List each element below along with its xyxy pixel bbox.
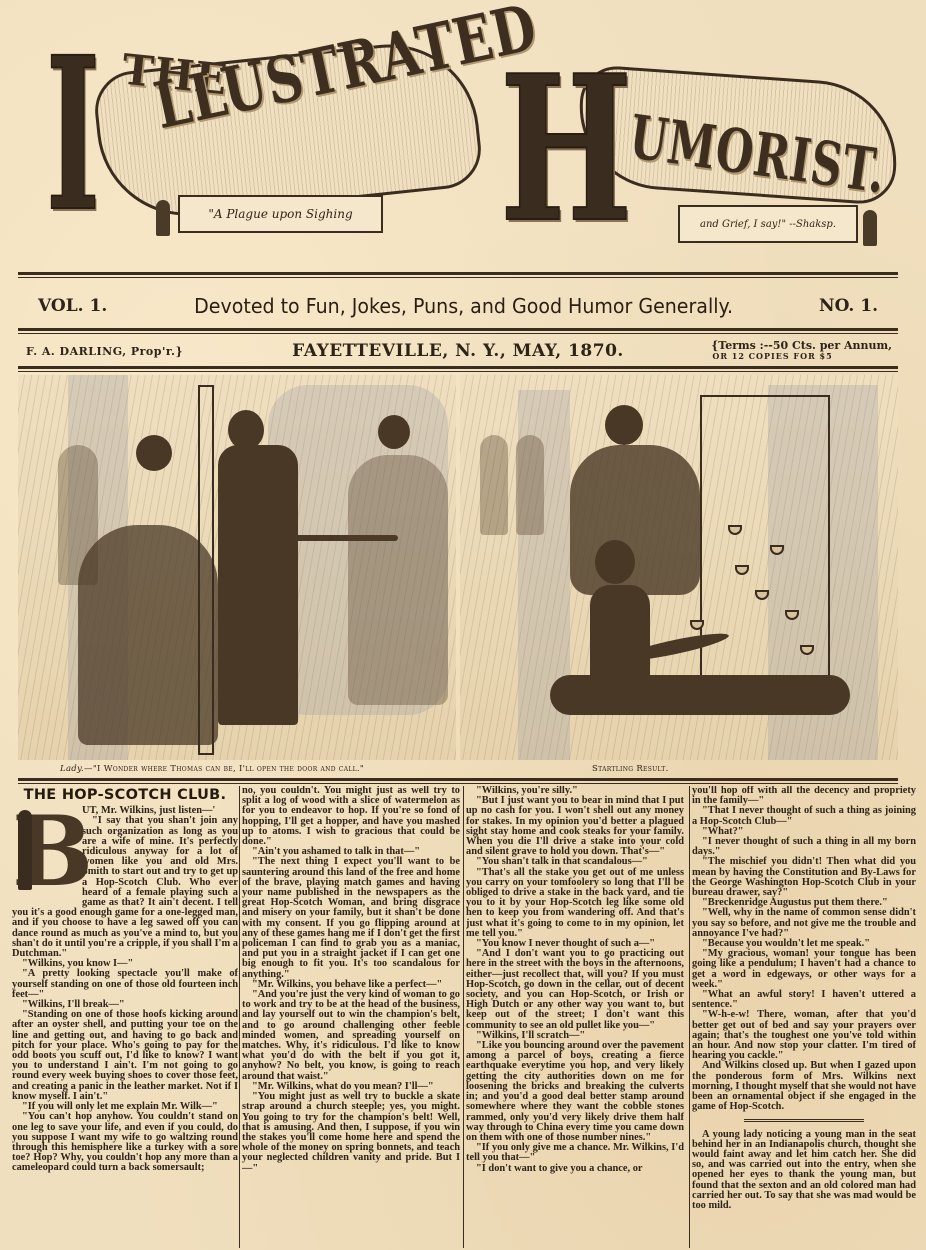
paragraph: "If you only give me a chance. Mr. Wilki… xyxy=(466,1143,684,1163)
drop-cap-letter: B xyxy=(12,806,78,898)
paragraph: "You might just as well try to buckle a … xyxy=(242,1092,460,1174)
caption-left: Lady.—"I Wonder where Thomas can be, I'l… xyxy=(60,764,364,774)
lady-head xyxy=(136,435,172,471)
engraving-left xyxy=(18,375,456,760)
tagline-rule xyxy=(18,328,898,334)
maid-head xyxy=(378,415,410,449)
man-coat xyxy=(218,445,298,725)
paragraph: "What an awful story! I haven't uttered … xyxy=(692,990,916,1010)
volume-row: VOL. 1. Devoted to Fun, Jokes, Puns, and… xyxy=(18,283,898,329)
man-head xyxy=(228,410,264,450)
motto-left: "A Plague upon Sighing xyxy=(178,195,383,233)
maid-head xyxy=(605,405,643,445)
paragraph: "That I never thought of such a thing as… xyxy=(692,806,916,826)
maid-dress xyxy=(570,445,700,595)
dateline: FAYETTEVILLE, N. Y., MAY, 1870. xyxy=(263,341,653,361)
ornate-initial-i: I xyxy=(46,30,100,240)
paragraph: "And you're just the very kind of woman … xyxy=(242,990,460,1082)
man-head xyxy=(595,540,635,584)
paragraph: "And I don't want you to go practicing o… xyxy=(466,949,684,1031)
terms-sub-line: OR 12 COPIES FOR $5 xyxy=(653,351,892,362)
paragraph: "That's all the stake you get out of me … xyxy=(466,868,684,939)
publisher-rule xyxy=(18,366,898,372)
jester-figure-icon xyxy=(863,210,877,246)
imp-figure-icon xyxy=(156,200,170,236)
paragraph: "The mischief you didn't! Then what did … xyxy=(692,857,916,898)
paragraph: "I don't want to give you a chance, or xyxy=(466,1164,684,1174)
subscription-terms: {Terms :--50 Cts. per Annum, OR 12 COPIE… xyxy=(653,340,898,362)
masthead-rule xyxy=(18,272,898,278)
paragraph: "Like you bouncing around over the pavem… xyxy=(466,1041,684,1143)
article-columns: THE HOP-SCOTCH CLUB. B UT, Mr. Wilkins, … xyxy=(8,786,918,1250)
paragraph: "Standing on one of those hoofs kicking … xyxy=(12,1010,238,1102)
ornate-initial-h: H xyxy=(500,50,632,250)
article-separator xyxy=(744,1119,864,1122)
column-divider xyxy=(239,786,240,1248)
paragraph: "My gracious, woman! your tongue has bee… xyxy=(692,949,916,990)
paragraph: "W-h-e-w! There, woman, after that you'd… xyxy=(692,1010,916,1061)
column-2: no, you couldn't. You might just as well… xyxy=(242,786,460,1248)
caption-quote: —"I Wonder where Thomas can be, I'll ope… xyxy=(84,764,364,774)
maid-dress xyxy=(348,455,448,705)
paragraph: "The next thing I expect you'll want to … xyxy=(242,857,460,979)
paragraph: you'll hop off with all the decency and … xyxy=(692,786,916,806)
door-frame xyxy=(198,385,214,755)
paragraph: "You can't hop anyhow. You couldn't stan… xyxy=(12,1112,238,1173)
column-divider xyxy=(689,786,690,1248)
lady-dress xyxy=(78,525,218,745)
column-4: you'll hop off with all the decency and … xyxy=(692,786,916,1248)
man-legs xyxy=(550,675,850,715)
illustration-rule xyxy=(18,778,898,784)
paragraph: "But I just want you to bear in mind tha… xyxy=(466,796,684,857)
proprietor: F. A. DARLING, Prop'r.} xyxy=(18,345,263,358)
caption-right: Startling Result. xyxy=(592,764,669,774)
paragraph: "I never thought of such a thing in all … xyxy=(692,837,916,857)
paragraph: "A pretty looking spectacle you'll make … xyxy=(12,969,238,1000)
background-figure xyxy=(480,435,508,535)
column-1: THE HOP-SCOTCH CLUB. B UT, Mr. Wilkins, … xyxy=(12,786,238,1248)
motto-right: and Grief, I say!" --Shaksp. xyxy=(678,205,858,243)
caption-speaker: Lady. xyxy=(60,764,84,774)
paragraph: And Wilkins closed up. But when I gazed … xyxy=(692,1061,916,1112)
engraving-right xyxy=(460,375,898,760)
figure-with-hoop-icon xyxy=(18,810,32,890)
filler-paragraph: A young lady noticing a young man in the… xyxy=(692,1130,916,1212)
tagline: Devoted to Fun, Jokes, Puns, and Good Hu… xyxy=(194,294,733,318)
column-divider xyxy=(463,786,464,1248)
publisher-row: F. A. DARLING, Prop'r.} FAYETTEVILLE, N.… xyxy=(18,336,898,366)
paragraph: no, you couldn't. You might just as well… xyxy=(242,786,460,847)
issue-number: NO. 1. xyxy=(819,296,878,316)
newspaper-page: I THE LLUSTRATED H UMORIST. "A Plague up… xyxy=(0,0,926,1250)
masthead: I THE LLUSTRATED H UMORIST. "A Plague up… xyxy=(18,30,898,265)
column-3: "Wilkins, you're silly." "But I just wan… xyxy=(466,786,684,1248)
background-figure xyxy=(516,435,544,535)
volume-number: VOL. 1. xyxy=(38,296,107,316)
paragraph: "Well, why in the name of common sense d… xyxy=(692,908,916,939)
